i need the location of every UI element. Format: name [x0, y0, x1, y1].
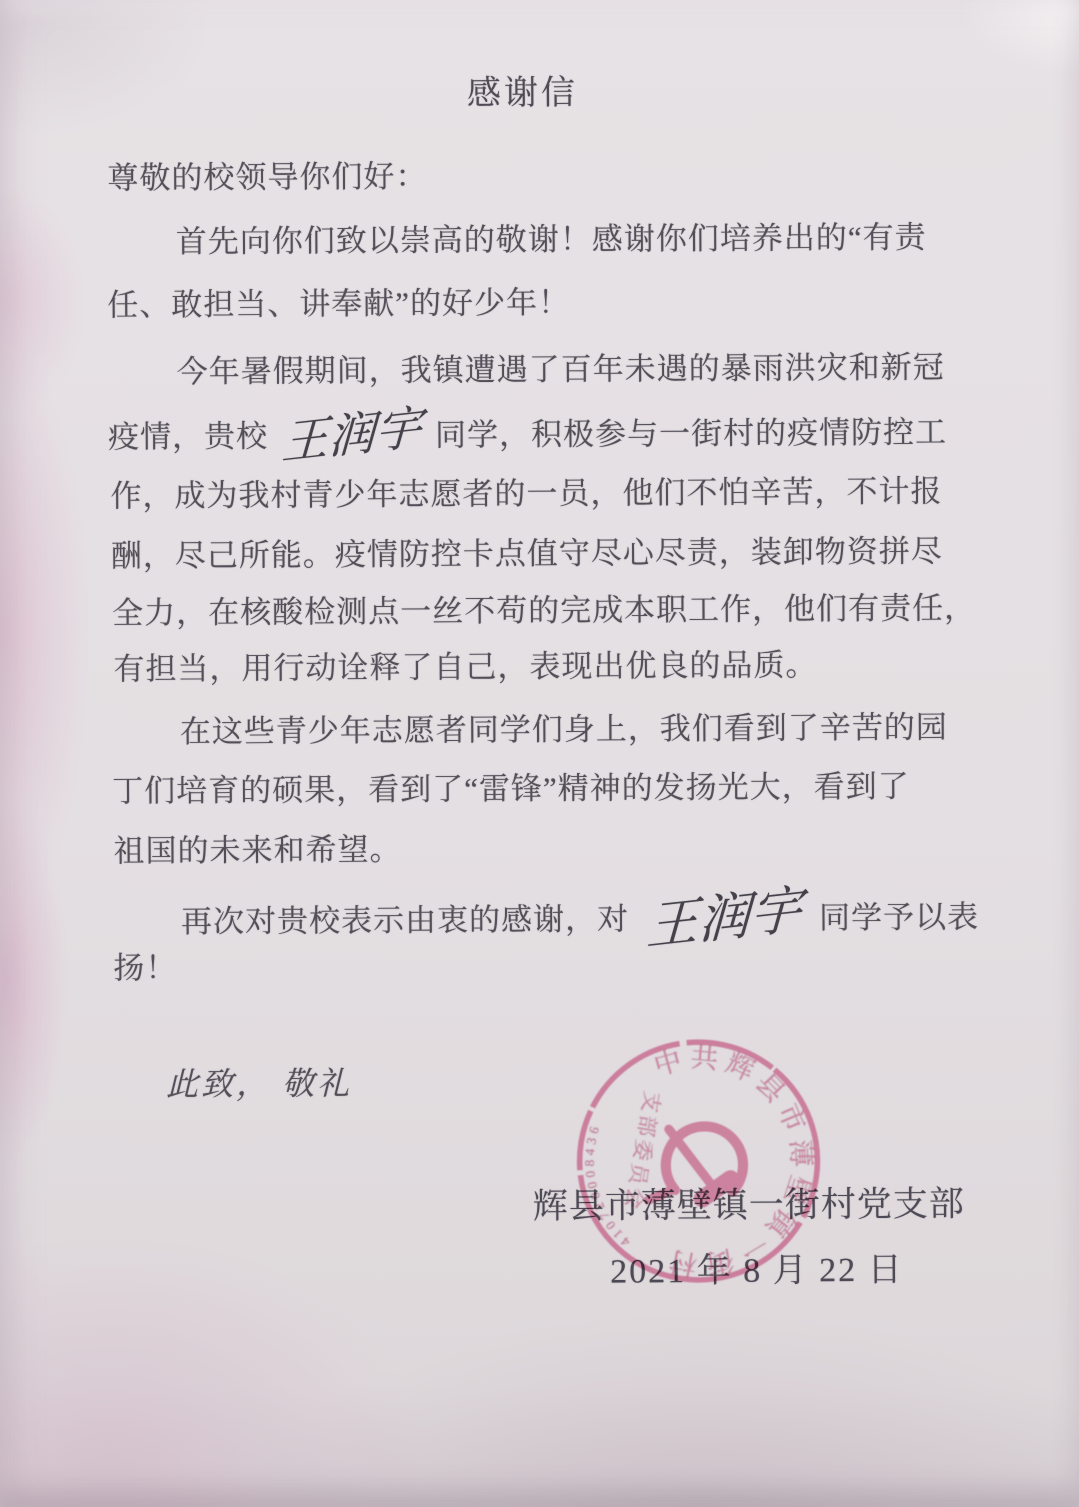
paragraph2-line3: 作，成为我村青少年志愿者的一员，他们不怕辛苦，不计报: [110, 473, 942, 515]
paragraph2-line2-post: 同学，积极参与一街村的疫情防控工: [435, 415, 947, 453]
handwritten-student-name: 王润宇: [280, 405, 422, 468]
letter-content: 感谢信 尊敬的校领导你们好： 首先向你们致以崇高的敬谢！感谢你们培养出的“有责 …: [0, 0, 1079, 1507]
paragraph2-line6: 有担当，用行动诠释了自己，表现出优良的品质。: [113, 646, 817, 687]
paragraph1-line1: 首先向你们致以崇高的敬谢！感谢你们培养出的“有责: [176, 219, 927, 261]
closing-salute: 此致， 敬礼: [166, 1064, 352, 1104]
paragraph1-line2: 任、敢担当、讲奉献”的好少年！: [107, 284, 570, 324]
paragraph4-line2: 扬！: [113, 949, 177, 987]
paragraph2-line5: 全力，在核酸检测点一丝不苟的完成本职工作，他们有责任，: [112, 589, 976, 631]
paragraph3-line3: 祖国的未来和希望。: [113, 831, 401, 870]
paragraph2-line1: 今年暑假期间，我镇遭遇了百年未遇的暴雨洪灾和新冠: [177, 349, 945, 391]
paragraph2-line2-pre: 疫情，贵校: [108, 419, 268, 455]
paragraph2-line2: 疫情，贵校王润宇同学，积极参与一街村的疫情防控工: [108, 405, 947, 457]
official-red-seal: 中共辉县市薄壁镇一街村 支部委员会 410720008436: [570, 1032, 828, 1290]
hammer-sickle-icon: [649, 1119, 749, 1215]
paragraph4-line1-pre: 再次对贵校表示由衷的感谢，对: [181, 901, 629, 939]
letter-title: 感谢信: [467, 74, 578, 115]
scanned-letter-page: 感谢信 尊敬的校领导你们好： 首先向你们致以崇高的敬谢！感谢你们培养出的“有责 …: [0, 0, 1079, 1507]
paragraph4-line1: 再次对贵校表示由衷的感谢，对王润宇同学予以表: [181, 885, 979, 942]
paragraph3-line2: 丁们培育的硕果，看到了“雷锋”精神的发扬光大，看到了: [112, 768, 910, 810]
paragraph3-line1: 在这些青少年志愿者同学们身上，我们看到了辛苦的园: [180, 709, 948, 751]
paragraph2-line4: 酬，尽己所能。疫情防控卡点值守尽心尽责，装卸物资拼尽: [111, 533, 943, 575]
paragraph4-line1-post: 同学予以表: [819, 899, 979, 935]
handwritten-student-name: 王润宇: [645, 885, 802, 955]
greeting-line: 尊敬的校领导你们好：: [107, 158, 427, 197]
